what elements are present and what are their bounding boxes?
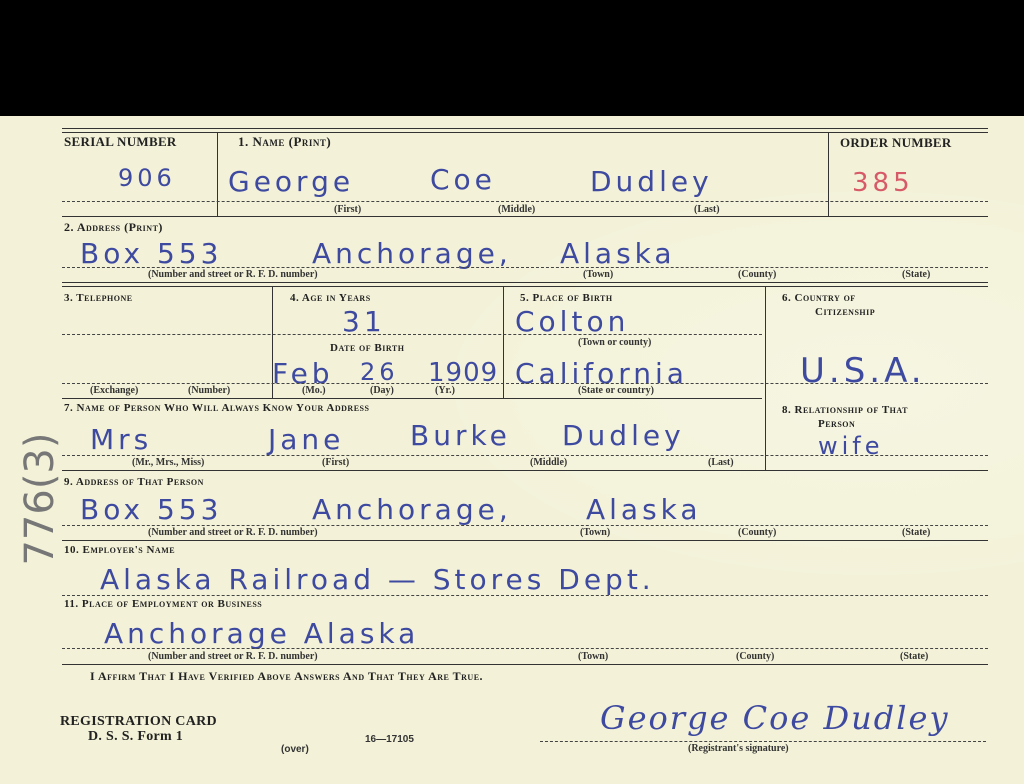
citizenship-label-1: 6. Country of <box>782 292 856 304</box>
contact-title-value[interactable]: Mrs <box>90 426 152 454</box>
county-caption: (County) <box>738 527 776 538</box>
order-number-value[interactable]: 385 <box>852 170 914 196</box>
signature-line <box>540 741 986 742</box>
divider <box>217 132 218 216</box>
name-middle-value[interactable]: Coe <box>430 166 496 194</box>
row-rule <box>62 216 988 217</box>
field-line <box>62 334 762 335</box>
first-caption: (First) <box>334 204 361 215</box>
contact-first-value[interactable]: Jane <box>268 426 344 454</box>
contact-address-street-value[interactable]: Box 553 <box>80 496 222 524</box>
telephone-label: 3. Telephone <box>64 292 133 304</box>
contact-last-caption: (Last) <box>708 457 734 468</box>
county-caption: (County) <box>736 651 774 662</box>
top-rule-2 <box>62 132 988 133</box>
contact-address-town-value[interactable]: Anchorage, <box>312 496 512 524</box>
row-rule <box>62 398 762 399</box>
field-line <box>62 267 988 268</box>
exchange-caption: (Exchange) <box>90 385 138 396</box>
street-caption: (Number and street or R. F. D. number) <box>148 527 318 538</box>
birth-town-value[interactable]: Colton <box>515 308 629 336</box>
row-rule <box>62 470 988 471</box>
last-caption: (Last) <box>694 204 720 215</box>
state-caption: (State) <box>902 269 930 280</box>
employer-label: 10. Employer's Name <box>64 544 175 556</box>
employer-value[interactable]: Alaska Railroad — Stores Dept. <box>100 566 655 594</box>
affirmation-text: I Affirm That I Have Verified Above Answ… <box>90 669 483 684</box>
state-caption: (State) <box>900 651 928 662</box>
town-caption: (Town) <box>580 527 610 538</box>
town-caption: (Town) <box>578 651 608 662</box>
order-number-label: ORDER NUMBER <box>840 135 952 151</box>
registration-card: 776(3) SERIAL NUMBER 1. Name (Print) ORD… <box>0 116 1024 784</box>
form-title: REGISTRATION CARD <box>60 714 217 730</box>
employment-place-value[interactable]: Anchorage Alaska <box>104 620 419 648</box>
row-rule <box>62 664 988 665</box>
day-caption: (Day) <box>370 385 394 396</box>
state-or-country-caption: (State or country) <box>578 385 654 396</box>
divider <box>828 132 829 216</box>
name-last-value[interactable]: Dudley <box>590 168 713 196</box>
address-state-value[interactable]: Alaska <box>560 240 676 268</box>
field-line <box>62 455 988 456</box>
contact-last-value[interactable]: Dudley <box>562 422 685 450</box>
number-caption: (Number) <box>188 385 230 396</box>
signature-value[interactable]: George Coe Dudley <box>600 702 950 734</box>
age-value[interactable]: 31 <box>342 308 386 336</box>
title-caption: (Mr., Mrs., Miss) <box>132 457 204 468</box>
street-caption: (Number and street or R. F. D. number) <box>148 269 318 280</box>
dob-label: Date of Birth <box>330 342 404 354</box>
contact-middle-value[interactable]: Burke <box>410 422 511 450</box>
town-caption: (Town) <box>583 269 613 280</box>
field-line <box>62 648 988 649</box>
row-rule <box>62 540 988 541</box>
field-line <box>62 383 988 384</box>
serial-number-label: SERIAL NUMBER <box>64 134 177 150</box>
mo-caption: (Mo.) <box>302 385 326 396</box>
divider <box>765 286 766 470</box>
field-line <box>62 595 988 596</box>
contact-label: 7. Name of Person Who Will Always Know Y… <box>64 402 369 414</box>
state-caption: (State) <box>902 527 930 538</box>
signature-caption: (Registrant's signature) <box>688 743 789 754</box>
contact-first-caption: (First) <box>322 457 349 468</box>
address-label: 2. Address (Print) <box>64 220 163 235</box>
row-rule <box>62 282 988 283</box>
employment-place-label: 11. Place of Employment or Business <box>64 598 262 610</box>
dob-day-value[interactable]: 26 <box>360 360 399 384</box>
over-note: (over) <box>281 744 309 755</box>
relationship-label-1: 8. Relationship of That <box>782 404 908 416</box>
birthplace-label: 5. Place of Birth <box>520 292 613 304</box>
name-label: 1. Name (Print) <box>238 134 331 150</box>
field-line <box>62 201 988 202</box>
divider <box>503 286 504 398</box>
field-line <box>62 525 988 526</box>
name-first-value[interactable]: George <box>228 168 354 196</box>
address-town-value[interactable]: Anchorage, <box>312 240 512 268</box>
contact-address-state-value[interactable]: Alaska <box>586 496 702 524</box>
address-street-value[interactable]: Box 553 <box>80 240 222 268</box>
county-caption: (County) <box>738 269 776 280</box>
age-label: 4. Age in Years <box>290 292 371 304</box>
street-caption: (Number and street or R. F. D. number) <box>148 651 318 662</box>
top-rule <box>62 128 988 129</box>
print-code: 16—17105 <box>365 734 414 745</box>
contact-middle-caption: (Middle) <box>530 457 567 468</box>
town-or-county-caption: (Town or county) <box>578 337 651 348</box>
relationship-label-2: Person <box>818 418 855 430</box>
row-rule <box>62 286 988 287</box>
contact-address-label: 9. Address of That Person <box>64 476 204 488</box>
serial-number-value[interactable]: 906 <box>118 166 176 190</box>
citizenship-label-2: Citizenship <box>815 306 875 318</box>
margin-note: 776(3) <box>17 399 63 599</box>
form-id: D. S. S. Form 1 <box>88 729 183 745</box>
yr-caption: (Yr.) <box>435 385 455 396</box>
middle-caption: (Middle) <box>498 204 535 215</box>
